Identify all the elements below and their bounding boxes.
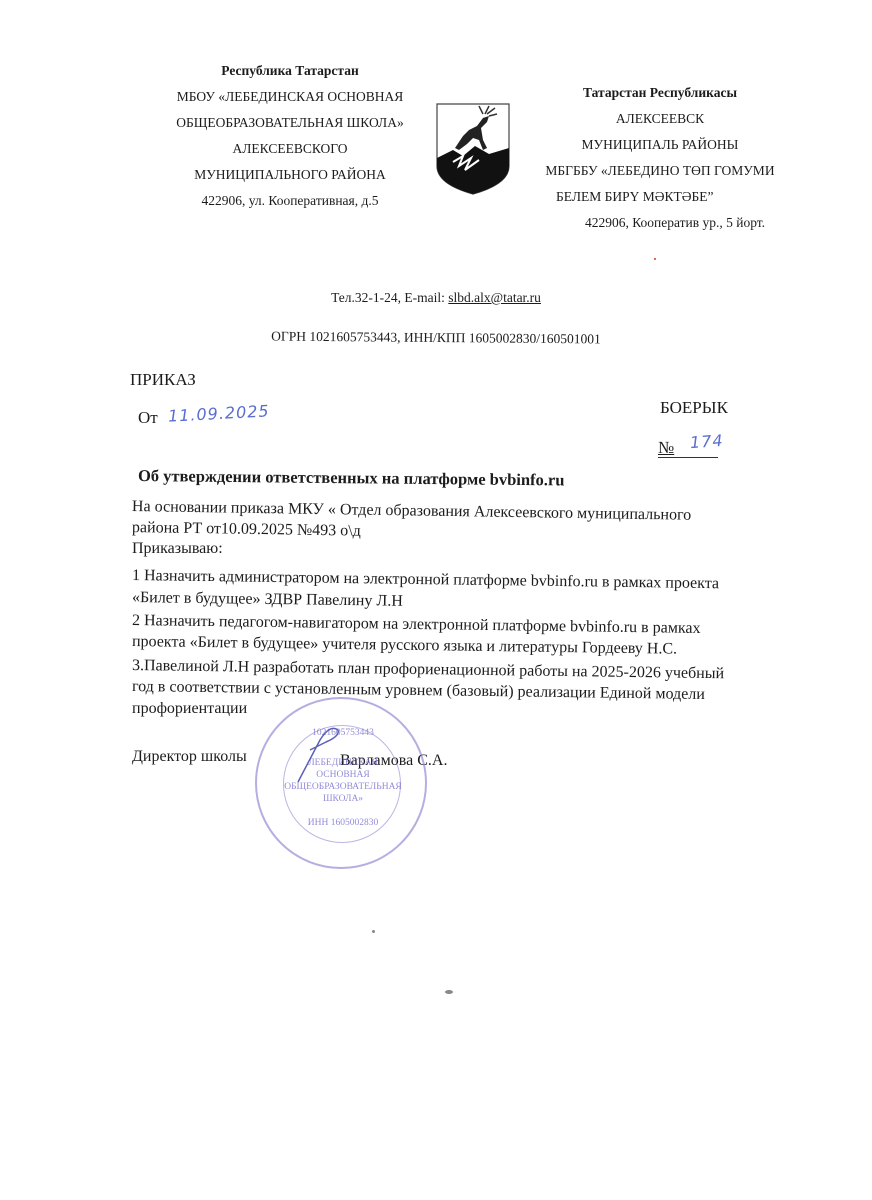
date-prefix: От	[138, 408, 158, 428]
body-line-7: проекта «Билет в будущее» учителя русско…	[132, 633, 677, 659]
email-link[interactable]: slbd.alx@tatar.ru	[448, 290, 541, 305]
signature-scribble-icon	[290, 720, 350, 790]
handwritten-number: 174	[689, 431, 724, 452]
header-right-block: Татарстан Республикасы АЛЕКСЕЕВСК МУНИЦИ…	[520, 80, 800, 236]
contacts-line: Тел.32-1-24, E-mail: slbd.alx@tatar.ru	[0, 290, 872, 306]
body-line-10: профориентации	[132, 700, 247, 718]
scan-speck	[372, 930, 375, 933]
signature-position: Директор школы	[132, 748, 247, 766]
address-tt: 422906, Кооператив ур., 5 йорт.	[520, 210, 800, 236]
header-left-block: Республика Татарстан МБОУ «ЛЕБЕДИНСКАЯ О…	[150, 58, 430, 214]
district-tt-line-2: МУНИЦИПАЛЬ РАЙОНЫ	[520, 132, 800, 158]
scan-speck	[654, 258, 656, 260]
order-label-tt: БОЕРЫК	[660, 398, 728, 418]
scan-speck	[445, 990, 453, 994]
school-name-tt-line-2: БЕЛЕМ БИРҮ МӘКТӘБЕ”	[520, 184, 800, 210]
handwritten-date: 11.09.2025	[168, 401, 270, 425]
stamp-inn: ИНН 1605002830	[257, 817, 429, 829]
number-underline	[658, 457, 718, 458]
coat-of-arms-icon	[433, 100, 513, 196]
district-line-1: АЛЕКСЕЕВСКОГО	[150, 136, 430, 162]
phone-label: Тел.32-1-24, E-mail:	[331, 290, 448, 305]
district-line-2: МУНИЦИПАЛЬНОГО РАЙОНА	[150, 162, 430, 188]
order-title: Об утверждении ответственных на платформ…	[138, 466, 565, 490]
body-line-2: района РТ от10.09.2025 №493 о\д	[132, 519, 361, 541]
republic-name-tt: Татарстан Республикасы	[520, 80, 800, 106]
school-name-line-1: МБОУ «ЛЕБЕДИНСКАЯ ОСНОВНАЯ	[150, 84, 430, 110]
district-tt-line-1: АЛЕКСЕЕВСК	[520, 106, 800, 132]
address-ru: 422906, ул. Кооперативная, д.5	[150, 188, 430, 214]
body-line-5: «Билет в будущее» ЗДВР Павелину Л.Н	[132, 589, 403, 611]
school-name-line-2: ОБЩЕОБРАЗОВАТЕЛЬНАЯ ШКОЛА»	[150, 110, 430, 136]
number-prefix: №	[658, 438, 674, 458]
republic-name-ru: Республика Татарстан	[150, 58, 430, 84]
stamp-line-4: ШКОЛА»	[257, 793, 429, 805]
order-label-ru: ПРИКАЗ	[130, 370, 196, 390]
registry-line: ОГРН 1021605753443, ИНН/КПП 1605002830/1…	[0, 326, 872, 350]
school-name-tt-line-1: МБГББУ «ЛЕБЕДИНО ТӨП ГОМУМИ	[520, 158, 800, 184]
body-line-3: Приказываю:	[132, 540, 223, 558]
